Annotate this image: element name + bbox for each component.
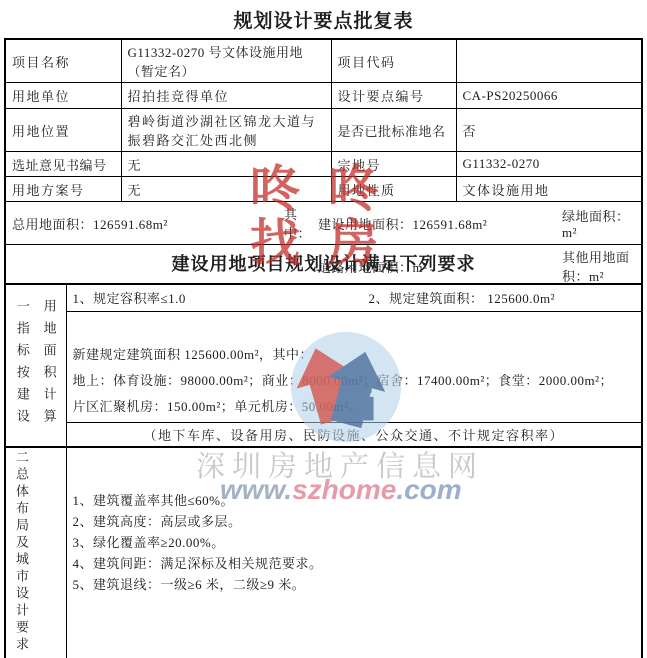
section1-header-col2: 用地面积计算 — [40, 299, 59, 431]
field-label: 用地性质 — [331, 177, 456, 202]
table-row: 项目名称 G11332-0270 号文体设施用地 （暂定名） 项目代码 — [5, 39, 642, 83]
body-line: 片区汇聚机房：150.00m²；单元机房：50.00m²。 — [73, 394, 636, 420]
construction-land-area: 建设用地面积：126591.68m² — [318, 214, 562, 233]
field-label: 宗地号 — [331, 152, 456, 177]
area-row-1: 总用地面积：126591.68m² 其中： 建设用地面积：126591.68m²… — [5, 202, 642, 245]
field-value: 否 — [456, 109, 642, 152]
page-title: 规划设计要点批复表 — [0, 6, 647, 33]
field-label: 用地单位 — [5, 83, 121, 109]
requirement-item: 4、建筑间距：满足深标及相关规范要求。 — [73, 553, 636, 574]
field-label: 项目名称 — [5, 39, 121, 83]
section-title: 建设用地项目规划设计满足下列要求 — [0, 250, 647, 276]
field-value: G11332-0270 号文体设施用地 （暂定名） — [121, 39, 331, 83]
requirement-item: 5、建筑退线：一级≥6 米，二级≥9 米。 — [73, 574, 636, 595]
field-value: 无 — [121, 152, 331, 177]
field-label: 是否已批标准地名 — [331, 109, 456, 152]
document-page: 规划设计要点批复表 项目名称 G11332-0270 号文体设施用地 （暂定名）… — [0, 0, 647, 658]
building-area-rule: 2、规定建筑面积： 125600.0m² — [369, 288, 556, 307]
among-label: 其中： — [284, 204, 318, 242]
requirement-item: 1、建筑覆盖率其他≤60%。 — [73, 490, 636, 511]
table-row: 选址意见书编号 无 宗地号 G11332-0270 — [5, 152, 642, 177]
body-line: 新建规定建筑面积 125600.00m²，其中： — [73, 342, 636, 368]
section1-body-row: 新建规定建筑面积 125600.00m²，其中： 地上：体育设施：98000.0… — [5, 311, 642, 422]
field-value: 文体设施用地 — [456, 177, 642, 202]
plot-ratio-rule: 1、规定容积率≤1.0 — [73, 288, 369, 307]
field-label: 设计要点编号 — [331, 83, 456, 109]
field-label: 用地方案号 — [5, 177, 121, 202]
green-land-area: 绿地面积：m² — [562, 206, 635, 241]
total-land-area: 总用地面积：126591.68m² — [12, 214, 284, 233]
requirement-item: 3、绿化覆盖率≥20.00%。 — [73, 532, 636, 553]
section1-note-row: （地下车库、设备用房、民防设施、公众交通、不计规定容积率） — [5, 422, 642, 447]
requirement-item: 2、建筑高度：高层或多层。 — [73, 511, 636, 532]
section1-header: 一指标按建设 用地面积计算 — [5, 284, 66, 447]
field-label: 用地位置 — [5, 109, 121, 152]
field-value: 无 — [121, 177, 331, 202]
section2-header: 二总体布局及城市设计要求 — [5, 447, 66, 658]
field-label: 选址意见书编号 — [5, 152, 121, 177]
field-label: 项目代码 — [331, 39, 456, 83]
table-row: 用地单位 招拍挂竞得单位 设计要点编号 CA-PS20250066 — [5, 83, 642, 109]
table-row: 用地方案号 无 用地性质 文体设施用地 — [5, 177, 642, 202]
body-line: 地上：体育设施：98000.00m²；商业：8000.00m²；宿舍：17400… — [73, 368, 636, 394]
exclusion-note: （地下车库、设备用房、民防设施、公众交通、不计规定容积率） — [66, 422, 642, 447]
field-value: CA-PS20250066 — [456, 83, 642, 109]
field-value: G11332-0270 — [456, 152, 642, 177]
requirements-table: 一指标按建设 用地面积计算 1、规定容积率≤1.0 2、规定建筑面积： 1256… — [4, 283, 643, 658]
section1-header-col1: 一指标按建设 — [13, 299, 32, 431]
field-value — [456, 39, 642, 83]
table-row: 用地位置 碧岭街道沙湖社区锦龙大道与 振碧路交汇处西北侧 是否已批标准地名 否 — [5, 109, 642, 152]
section2-header-text: 二总体布局及城市设计要求 — [12, 450, 31, 654]
section2-row: 二总体布局及城市设计要求 1、建筑覆盖率其他≤60%。 2、建筑高度：高层或多层… — [5, 447, 642, 658]
field-value: 碧岭街道沙湖社区锦龙大道与 振碧路交汇处西北侧 — [121, 109, 331, 152]
section1-row1: 一指标按建设 用地面积计算 1、规定容积率≤1.0 2、规定建筑面积： 1256… — [5, 284, 642, 311]
field-value: 招拍挂竞得单位 — [121, 83, 331, 109]
